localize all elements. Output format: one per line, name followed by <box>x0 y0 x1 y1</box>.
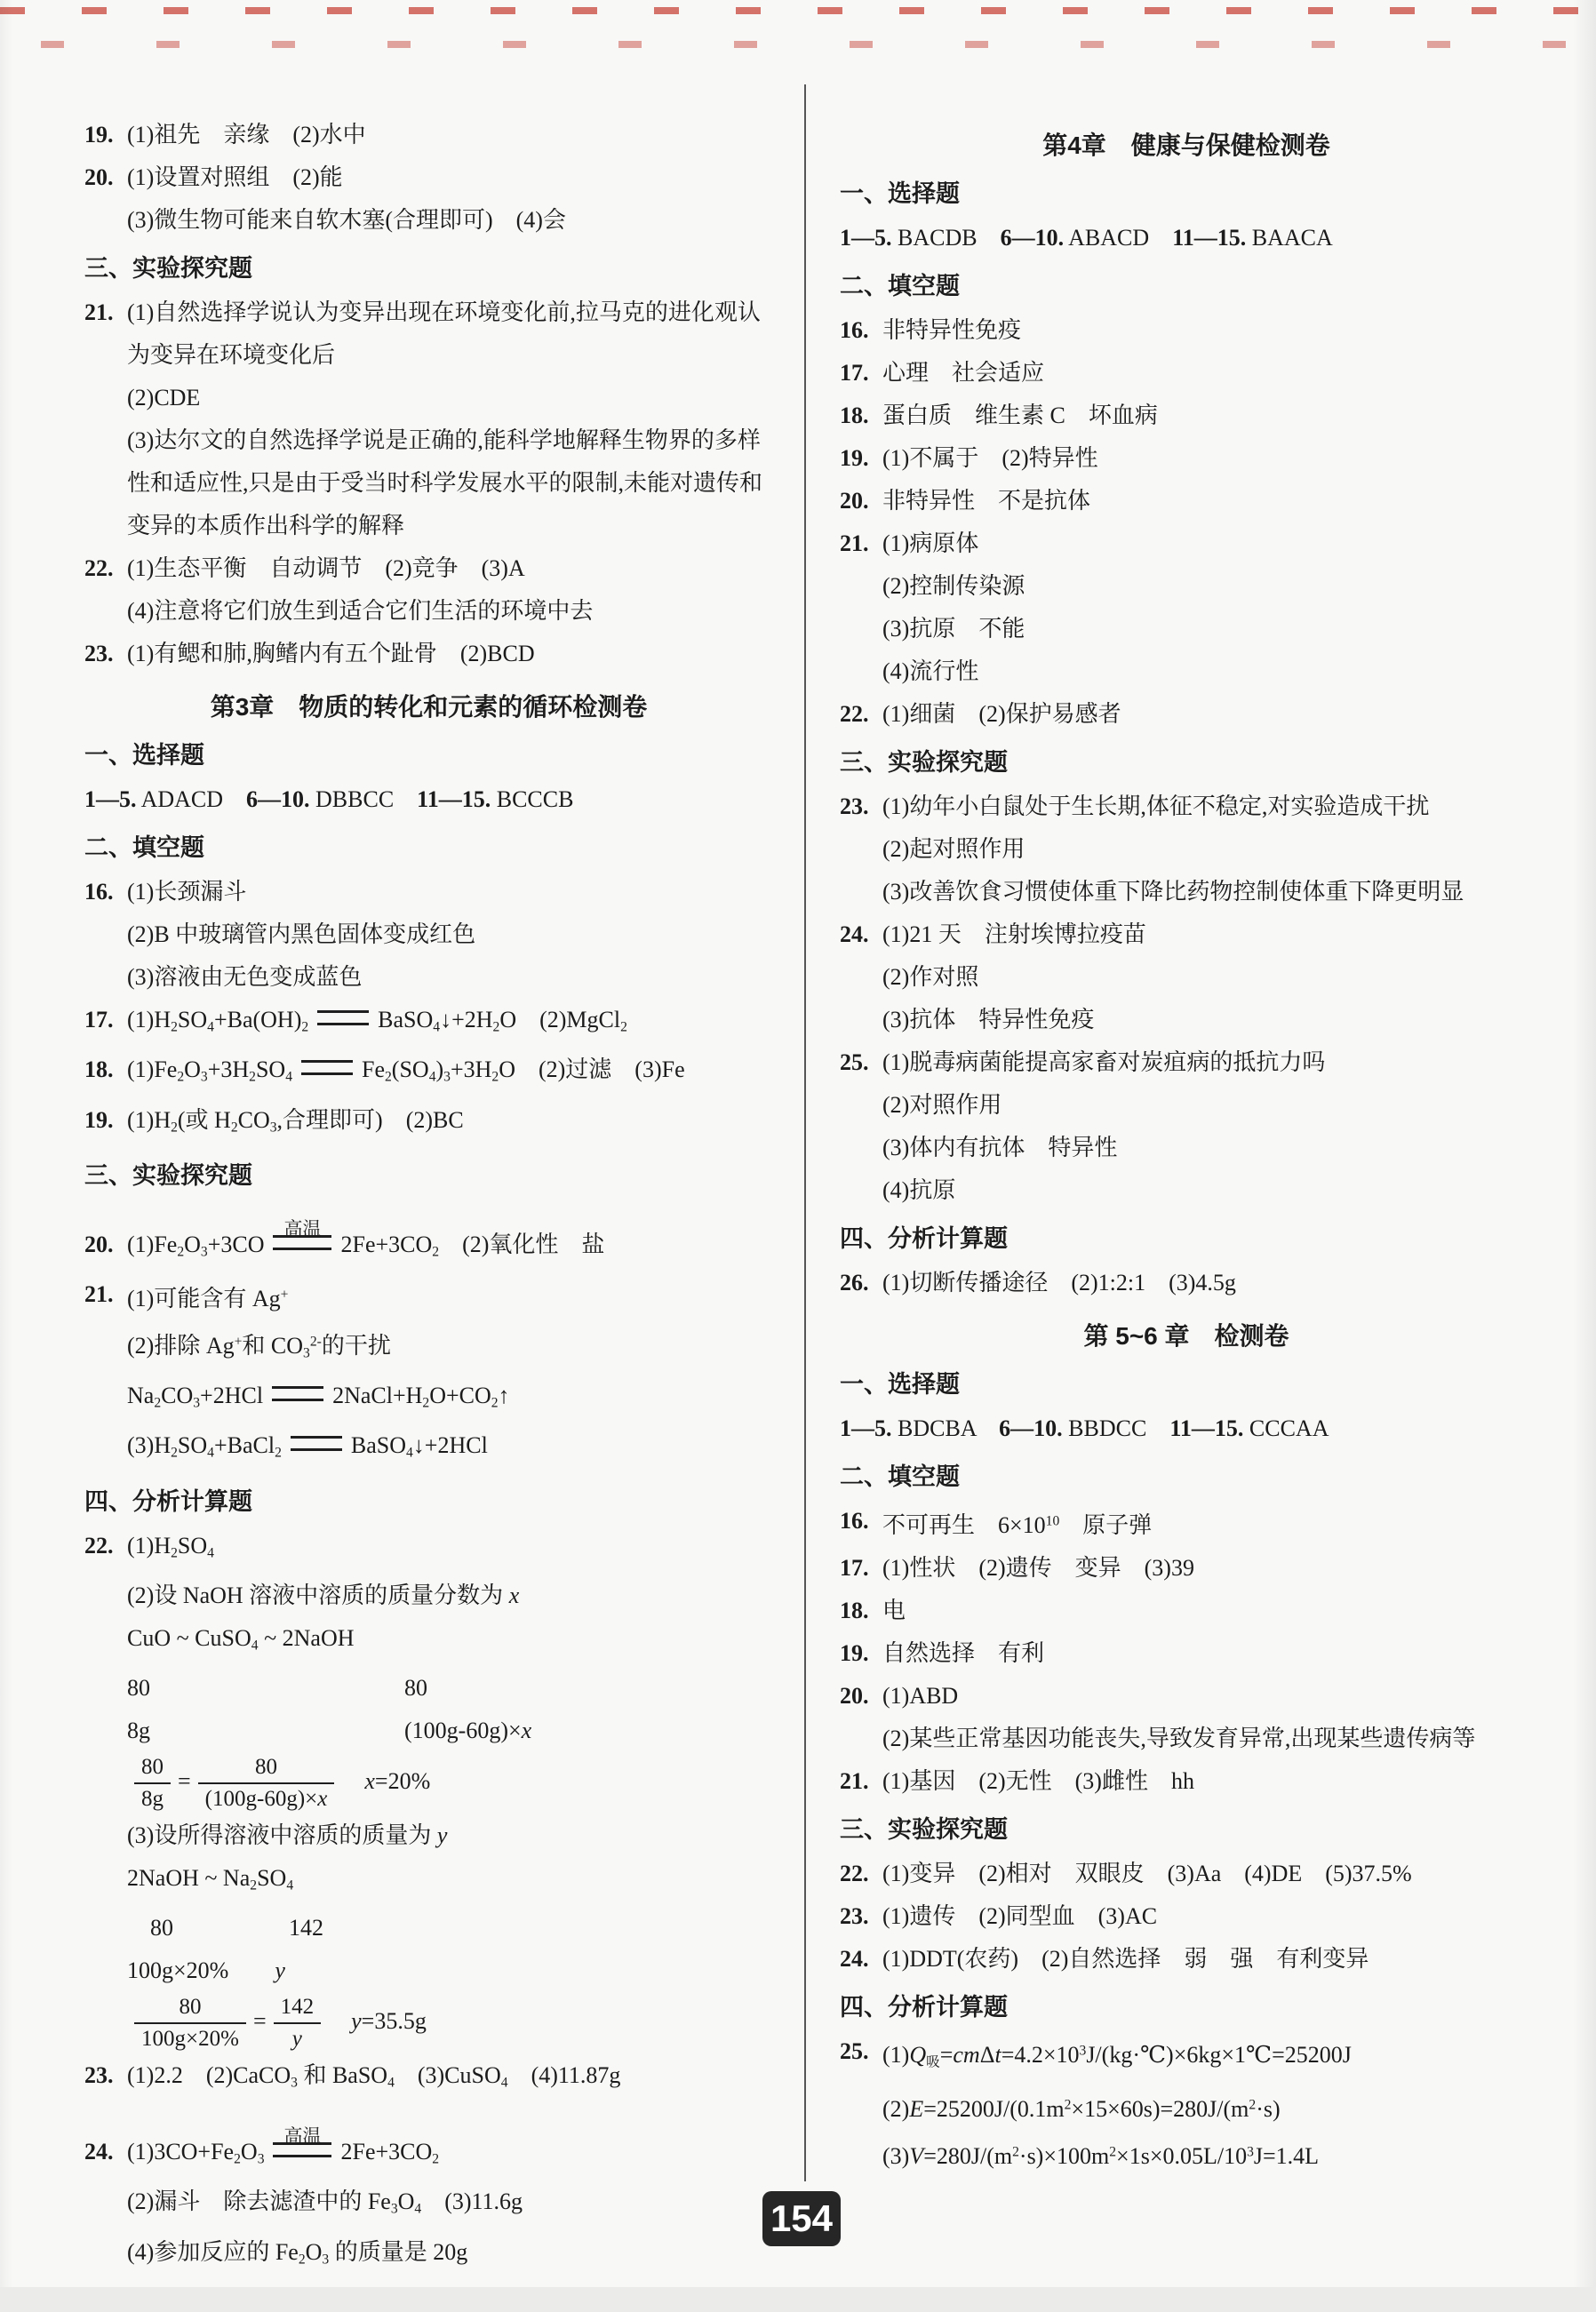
item-number: 22. <box>84 547 114 590</box>
answer-line: 18.电 <box>840 1590 1533 1632</box>
answer-line: 22.(1)变异 (2)相对 双眼皮 (3)Aa (4)DE (5)37.5% <box>840 1853 1533 1895</box>
section-heading: 一、选择题 <box>840 172 1533 215</box>
fraction: 80(100g-60g)×x <box>198 1752 335 1814</box>
fraction: 142y <box>274 1992 322 2054</box>
answer-line: 100g×20% y <box>84 1949 773 1992</box>
answer-text: (2)E=25200J/(0.1m2×15×60s)=280J/(m2·s) <box>882 2096 1281 2122</box>
chem-equals-with-condition: 高温 <box>273 2142 331 2157</box>
answer-text: 三、实验探究题 <box>840 749 1008 776</box>
answer-text: (1)ABD <box>882 1683 958 1709</box>
answer-text: (1)H2(或 H2CO3,合理即可) (2)BC <box>127 1107 464 1133</box>
fraction: 80100g×20% <box>134 1992 246 2054</box>
answer-text: (1)Fe2O3+3H2SO4Fe2(SO4)3+3H2O (2)过滤 (3)F… <box>127 1056 685 1082</box>
answer-text: (1)性状 (2)遗传 变异 (3)39 <box>882 1555 1194 1581</box>
answer-text: (1)可能含有 Ag+ <box>127 1286 288 1311</box>
answer-line: (2)E=25200J/(0.1m2×15×60s)=280J/(m2·s) <box>840 2085 1533 2132</box>
answer-text: (1)细菌 (2)保护易感者 <box>882 701 1121 727</box>
answer-text: 三、实验探究题 <box>84 255 252 282</box>
item-number: 23. <box>84 633 114 675</box>
item-number: 21. <box>84 1273 114 1316</box>
answer-text: (2)起对照作用 <box>882 836 1025 862</box>
section-heading: 三、实验探究题 <box>84 1154 773 1197</box>
item-number: 21. <box>840 1760 869 1803</box>
answer-text: (1)21 天 注射埃博拉疫苗 <box>882 921 1146 947</box>
item-number: 22. <box>840 693 869 736</box>
item-number: 18. <box>840 1590 869 1632</box>
answer-line: (4)抗原 <box>840 1169 1533 1212</box>
answer-line: 20.(1)ABD <box>840 1675 1533 1718</box>
answer-line: 22.(1)生态平衡 自动调节 (2)竞争 (3)A <box>84 547 773 590</box>
answer-line: 23.(1)遗传 (2)同型血 (3)AC <box>840 1895 1533 1938</box>
answer-text: (1)DDT(农药) (2)自然选择 弱 强 有利变异 <box>882 1946 1369 1972</box>
page-number-badge: 154 <box>762 2191 841 2246</box>
answer-line: 21.(1)可能含有 Ag+ <box>84 1273 773 1320</box>
item-number: 22. <box>840 1853 869 1895</box>
answer-line: 1—5. ADACD 6—10. DBBCC 11—15. BCCCB <box>84 778 773 821</box>
item-number: 24. <box>840 1938 869 1981</box>
item-number: 23. <box>840 1895 869 1938</box>
answer-text: 三、实验探究题 <box>840 1816 1008 1843</box>
answer-line: 26.(1)切断传播途径 (2)1:2:1 (3)4.5g <box>840 1262 1533 1304</box>
section-heading: 二、填空题 <box>840 1455 1533 1498</box>
answer-text: (2)B 中玻璃管内黑色固体变成红色 <box>127 921 475 947</box>
item-number: 22. <box>84 1525 114 1567</box>
item-number: 20. <box>840 480 869 522</box>
answer-text: (1)祖先 亲缘 (2)水中 <box>127 122 366 147</box>
item-number: 23. <box>84 2054 114 2097</box>
answer-text: (3)设所得溶液中溶质的质量为 y <box>127 1822 447 1848</box>
chapter-heading: 第4章 健康与保健检测卷 <box>840 124 1533 167</box>
item-number: 16. <box>84 871 114 913</box>
answer-text: (4)抗原 <box>882 1177 955 1203</box>
answer-text: 80100g×20%=142y y=35.5g <box>127 2008 427 2034</box>
answer-text: 非特异性免疫 <box>882 317 1021 343</box>
answer-line: 1—5. BDCBA 6—10. BBDCC 11—15. CCCAA <box>840 1407 1533 1450</box>
answer-text: (1)Fe2O3+3CO高温2Fe+3CO2 (2)氧化性 盐 <box>127 1232 604 1257</box>
answer-line: (3)体内有抗体 特异性 <box>840 1127 1533 1169</box>
answer-line: 80 80 <box>84 1667 773 1710</box>
answer-text: 1—5. ADACD 6—10. DBBCC 11—15. BCCCB <box>84 786 573 812</box>
answer-text: 三、实验探究题 <box>84 1162 252 1189</box>
item-number: 20. <box>840 1675 869 1718</box>
answer-line: (2)漏斗 除去滤渣中的 Fe3O4 (3)11.6g <box>84 2180 773 2230</box>
answer-line: 18.蛋白质 维生素 C 坏血病 <box>840 395 1533 437</box>
item-number: 19. <box>84 114 114 156</box>
answer-text: (3)达尔文的自然选择学说是正确的,能科学地解释生物界的多样性和适应性,只是由于… <box>127 427 762 538</box>
item-number: 24. <box>84 2131 114 2173</box>
answer-text: (1)生态平衡 自动调节 (2)竞争 (3)A <box>127 555 525 581</box>
answer-text: CuO ~ CuSO4 ~ 2NaOH <box>127 1625 355 1651</box>
answer-text: 二、填空题 <box>84 834 204 861</box>
answer-text: (1)设置对照组 (2)能 <box>127 164 343 190</box>
answer-text: (1)H2SO4+Ba(OH)2BaSO4↓+2H2O (2)MgCl2 <box>127 1007 627 1032</box>
column-divider <box>804 84 806 2181</box>
answer-line: 19.(1)H2(或 H2CO3,合理即可) (2)BC <box>84 1099 773 1149</box>
answer-line: (2)控制传染源 <box>840 565 1533 608</box>
answer-text: (1)有鳃和肺,胸鳍内有五个趾骨 (2)BCD <box>127 641 535 666</box>
item-number: 16. <box>840 1500 869 1543</box>
answer-text: 二、填空题 <box>840 1463 960 1490</box>
section-heading: 三、实验探究题 <box>84 247 773 290</box>
answer-text: (2)漏斗 除去滤渣中的 Fe3O4 (3)11.6g <box>127 2188 523 2214</box>
section-heading: 三、实验探究题 <box>840 741 1533 784</box>
answer-text: (3)微生物可能来自软木塞(合理即可) (4)会 <box>127 207 566 233</box>
answer-line: 18.(1)Fe2O3+3H2SO4Fe2(SO4)3+3H2O (2)过滤 (… <box>84 1048 773 1098</box>
answer-text: (4)注意将它们放生到适合它们生活的环境中去 <box>127 598 593 624</box>
answer-line: 25.(1)脱毒病菌能提高家畜对炭疽病的抵抗力吗 <box>840 1041 1533 1084</box>
answer-text: 蛋白质 维生素 C 坏血病 <box>882 403 1158 428</box>
answer-line: (4)流行性 <box>840 650 1533 693</box>
answer-text: 80 142 <box>127 1915 323 1941</box>
item-number: 21. <box>840 522 869 565</box>
answer-line: (3)达尔文的自然选择学说是正确的,能科学地解释生物界的多样性和适应性,只是由于… <box>84 419 773 547</box>
answer-text: (1)病原体 <box>882 530 978 556</box>
answer-line: (3)抗原 不能 <box>840 608 1533 650</box>
answer-text: (2)作对照 <box>882 964 978 990</box>
answer-line: (2)CDE <box>84 377 773 419</box>
section-heading: 二、填空题 <box>84 826 773 869</box>
answer-line: 20.(1)Fe2O3+3CO高温2Fe+3CO2 (2)氧化性 盐 <box>84 1224 773 1273</box>
answer-text: 2NaOH ~ Na2SO4 <box>127 1865 293 1891</box>
item-number: 18. <box>840 395 869 437</box>
answer-line: 21.(1)病原体 <box>840 522 1533 565</box>
section-heading: 一、选择题 <box>840 1363 1533 1406</box>
answer-text: 自然选择 有利 <box>882 1640 1044 1666</box>
answer-line: 25.(1)Q吸=cmΔt=4.2×103J/(kg·℃)×6kg×1℃=252… <box>840 2030 1533 2085</box>
chem-equals-sign <box>301 1060 353 1075</box>
answer-text: 一、选择题 <box>84 742 204 769</box>
answer-text: 第4章 健康与保健检测卷 <box>1042 132 1330 159</box>
answer-text: (3)溶液由无色变成蓝色 <box>127 964 362 990</box>
item-number: 21. <box>84 291 114 334</box>
answer-line: 21.(1)自然选择学说认为变异出现在环境变化前,拉马克的进化观认为变异在环境变… <box>84 291 773 377</box>
item-number: 20. <box>84 156 114 199</box>
answer-text: 一、选择题 <box>840 1371 960 1398</box>
answer-line: (2)对照作用 <box>840 1084 1533 1127</box>
answer-line: 80100g×20%=142y y=35.5g <box>84 1992 773 2054</box>
answer-line: 19.自然选择 有利 <box>840 1632 1533 1675</box>
answer-line: 17.(1)性状 (2)遗传 变异 (3)39 <box>840 1547 1533 1590</box>
answer-text: (1)基因 (2)无性 (3)雌性 hh <box>882 1768 1194 1794</box>
answer-line: 16.(1)长颈漏斗 <box>84 871 773 913</box>
item-number: 19. <box>840 1632 869 1675</box>
answer-text: 四、分析计算题 <box>84 1488 252 1515</box>
answer-line: (3)V=280J/(m2·s)×100m2×1s×0.05L/103J=1.4… <box>840 2131 1533 2178</box>
answer-text: 不可再生 6×1010 原子弹 <box>882 1512 1152 1538</box>
answer-line: 22.(1)细菌 (2)保护易感者 <box>840 693 1533 736</box>
answer-text: 第3章 物质的转化和元素的循环检测卷 <box>211 693 648 721</box>
answer-line: 21.(1)基因 (2)无性 (3)雌性 hh <box>840 1760 1533 1803</box>
answer-text: (2)控制传染源 <box>882 573 1025 599</box>
answer-text: Na2CO3+2HCl2NaCl+H2O+CO2↑ <box>127 1383 510 1408</box>
answer-text: 第 5~6 章 检测卷 <box>1083 1322 1289 1350</box>
left-column: 19.(1)祖先 亲缘 (2)水中20.(1)设置对照组 (2)能(3)微生物可… <box>84 114 773 2281</box>
answer-text: (1)长颈漏斗 <box>127 879 246 905</box>
answer-text: (1)2.2 (2)CaCO3 和 BaSO4 (3)CuSO4 (4)11.8… <box>127 2062 620 2088</box>
answer-line: 19.(1)不属于 (2)特异性 <box>840 437 1533 480</box>
answer-line: 16.不可再生 6×1010 原子弹 <box>840 1500 1533 1547</box>
answer-text: (1)幼年小白鼠处于生长期,体征不稳定,对实验造成干扰 <box>882 793 1429 819</box>
section-heading: 四、分析计算题 <box>840 1986 1533 2029</box>
item-number: 25. <box>840 1041 869 1084</box>
answer-text: (2)设 NaOH 溶液中溶质的质量分数为 x <box>127 1583 519 1608</box>
section-heading: 一、选择题 <box>84 734 773 777</box>
chapter-heading: 第3章 物质的转化和元素的循环检测卷 <box>84 686 773 729</box>
answer-line: (2)起对照作用 <box>840 828 1533 871</box>
answer-line: 23.(1)幼年小白鼠处于生长期,体征不稳定,对实验造成干扰 <box>840 785 1533 828</box>
answer-text: (1)脱毒病菌能提高家畜对炭疽病的抵抗力吗 <box>882 1049 1325 1075</box>
answer-line: 23.(1)2.2 (2)CaCO3 和 BaSO4 (3)CuSO4 (4)1… <box>84 2054 773 2104</box>
section-heading: 二、填空题 <box>840 265 1533 307</box>
answer-text: (4)流行性 <box>882 658 978 684</box>
answer-text: (3)抗体 特异性免疫 <box>882 1007 1094 1032</box>
answer-line: 24.(1)3CO+Fe2O3高温2Fe+3CO2 <box>84 2131 773 2180</box>
answer-line: (2)设 NaOH 溶液中溶质的质量分数为 x <box>84 1575 773 1617</box>
answer-line: 80 142 <box>84 1907 773 1949</box>
answer-text: 1—5. BACDB 6—10. ABACD 11—15. BAACA <box>840 225 1333 251</box>
answer-text: 80 80 <box>127 1675 427 1701</box>
answer-text: (1)切断传播途径 (2)1:2:1 (3)4.5g <box>882 1270 1236 1296</box>
answer-line: 23.(1)有鳃和肺,胸鳍内有五个趾骨 (2)BCD <box>84 633 773 675</box>
answer-line: (4)注意将它们放生到适合它们生活的环境中去 <box>84 590 773 633</box>
answer-text: 二、填空题 <box>840 273 960 299</box>
answer-text: (1)H2SO4 <box>127 1533 214 1559</box>
answer-text: 四、分析计算题 <box>840 1225 1008 1252</box>
answer-text: (2)对照作用 <box>882 1092 1001 1118</box>
answer-text: (1)3CO+Fe2O3高温2Fe+3CO2 <box>127 2139 439 2165</box>
item-number: 17. <box>840 1547 869 1590</box>
chem-equals-sign <box>317 1010 369 1025</box>
right-column: 第4章 健康与保健检测卷一、选择题1—5. BACDB 6—10. ABACD … <box>840 114 1533 2178</box>
section-heading: 四、分析计算题 <box>840 1217 1533 1260</box>
item-number: 17. <box>84 999 114 1041</box>
bottom-scan-strip <box>0 2287 1596 2312</box>
answer-text: (1)遗传 (2)同型血 (3)AC <box>882 1903 1157 1929</box>
chem-equals-sign <box>272 1386 323 1401</box>
answer-line: 17.(1)H2SO4+Ba(OH)2BaSO4↓+2H2O (2)MgCl2 <box>84 999 773 1048</box>
answer-line: 808g=80(100g-60g)×x x=20% <box>84 1752 773 1814</box>
answer-text: (3)体内有抗体 特异性 <box>882 1135 1117 1160</box>
answer-line: 22.(1)H2SO4 <box>84 1525 773 1575</box>
item-number: 25. <box>840 2030 869 2073</box>
scan-artifact-red-dashes-row-2 <box>0 41 1596 48</box>
answer-text: (2)某些正常基因功能丧失,导致发育异常,出现某些遗传病等 <box>882 1726 1475 1751</box>
item-number: 19. <box>840 437 869 480</box>
scan-artifact-red-dashes-row-1 <box>0 7 1596 14</box>
section-heading: 四、分析计算题 <box>84 1480 773 1523</box>
answer-line: (3)微生物可能来自软木塞(合理即可) (4)会 <box>84 199 773 242</box>
answer-text: (2)排除 Ag+和 CO32-的干扰 <box>127 1333 391 1359</box>
answer-text: (4)参加反应的 Fe2O3 的质量是 20g <box>127 2239 467 2265</box>
answer-line: 17.心理 社会适应 <box>840 352 1533 395</box>
answer-line: 16.非特异性免疫 <box>840 309 1533 352</box>
answer-text: (3)H2SO4+BaCl2BaSO4↓+2HCl <box>127 1432 488 1458</box>
answer-line: (3)H2SO4+BaCl2BaSO4↓+2HCl <box>84 1424 773 1474</box>
chem-equals-sign <box>291 1436 342 1451</box>
answer-line: 2NaOH ~ Na2SO4 <box>84 1857 773 1907</box>
answer-text: (1)Q吸=cmΔt=4.2×103J/(kg·℃)×6kg×1℃=25200J <box>882 2042 1352 2068</box>
item-number: 17. <box>840 352 869 395</box>
item-number: 18. <box>84 1048 114 1091</box>
fraction: 808g <box>134 1752 171 1814</box>
answer-text: 8g (100g-60g)×x <box>127 1718 531 1743</box>
answer-text: (1)自然选择学说认为变异出现在环境变化前,拉马克的进化观认为变异在环境变化后 <box>127 299 761 368</box>
answer-line: (3)设所得溶液中溶质的质量为 y <box>84 1814 773 1857</box>
answer-line: (3)改善饮食习惯使体重下降比药物控制使体重下降更明显 <box>840 871 1533 913</box>
answer-line: (2)作对照 <box>840 956 1533 999</box>
chem-equals-with-condition: 高温 <box>273 1235 331 1250</box>
answer-line: (4)参加反应的 Fe2O3 的质量是 20g <box>84 2231 773 2281</box>
page-edge-shading-right <box>1573 0 1596 2312</box>
answer-text: (3)抗原 不能 <box>882 616 1025 642</box>
chapter-heading: 第 5~6 章 检测卷 <box>840 1315 1533 1358</box>
answer-line: 20.(1)设置对照组 (2)能 <box>84 156 773 199</box>
page-edge-shading-left <box>0 0 12 2312</box>
answer-text: (1)变异 (2)相对 双眼皮 (3)Aa (4)DE (5)37.5% <box>882 1861 1412 1886</box>
answer-line: 24.(1)21 天 注射埃博拉疫苗 <box>840 913 1533 956</box>
answer-text: 电 <box>882 1598 906 1623</box>
item-number: 16. <box>840 309 869 352</box>
answer-text: 一、选择题 <box>840 180 960 207</box>
answer-text: 四、分析计算题 <box>840 1994 1008 2021</box>
answer-text: 1—5. BDCBA 6—10. BBDCC 11—15. CCCAA <box>840 1415 1329 1441</box>
answer-line: (2)排除 Ag+和 CO32-的干扰 <box>84 1320 773 1375</box>
item-number: 23. <box>840 785 869 828</box>
document-page: 19.(1)祖先 亲缘 (2)水中20.(1)设置对照组 (2)能(3)微生物可… <box>0 0 1596 2312</box>
answer-text: (3)改善饮食习惯使体重下降比药物控制使体重下降更明显 <box>882 879 1464 905</box>
answer-text: (2)CDE <box>127 385 200 411</box>
answer-text: 100g×20% y <box>127 1957 285 1983</box>
answer-line: (2)B 中玻璃管内黑色固体变成红色 <box>84 913 773 956</box>
answer-line: 24.(1)DDT(农药) (2)自然选择 弱 强 有利变异 <box>840 1938 1533 1981</box>
item-number: 19. <box>84 1099 114 1142</box>
item-number: 20. <box>84 1224 114 1266</box>
answer-text: 非特异性 不是抗体 <box>882 488 1090 514</box>
answer-line: (3)溶液由无色变成蓝色 <box>84 956 773 999</box>
answer-line: CuO ~ CuSO4 ~ 2NaOH <box>84 1617 773 1667</box>
answer-text: (3)V=280J/(m2·s)×100m2×1s×0.05L/103J=1.4… <box>882 2143 1319 2169</box>
item-number: 24. <box>840 913 869 956</box>
answer-line: (2)某些正常基因功能丧失,导致发育异常,出现某些遗传病等 <box>840 1718 1533 1760</box>
answer-line: (3)抗体 特异性免疫 <box>840 999 1533 1041</box>
item-number: 26. <box>840 1262 869 1304</box>
answer-line: 8g (100g-60g)×x <box>84 1710 773 1752</box>
answer-line: Na2CO3+2HCl2NaCl+H2O+CO2↑ <box>84 1375 773 1424</box>
section-heading: 三、实验探究题 <box>840 1808 1533 1851</box>
answer-text: 808g=80(100g-60g)×x x=20% <box>127 1768 430 1794</box>
answer-text: (1)不属于 (2)特异性 <box>882 445 1098 471</box>
answer-line: 1—5. BACDB 6—10. ABACD 11—15. BAACA <box>840 217 1533 259</box>
answer-line: 19.(1)祖先 亲缘 (2)水中 <box>84 114 773 156</box>
answer-line: 20.非特异性 不是抗体 <box>840 480 1533 522</box>
answer-text: 心理 社会适应 <box>882 360 1044 386</box>
